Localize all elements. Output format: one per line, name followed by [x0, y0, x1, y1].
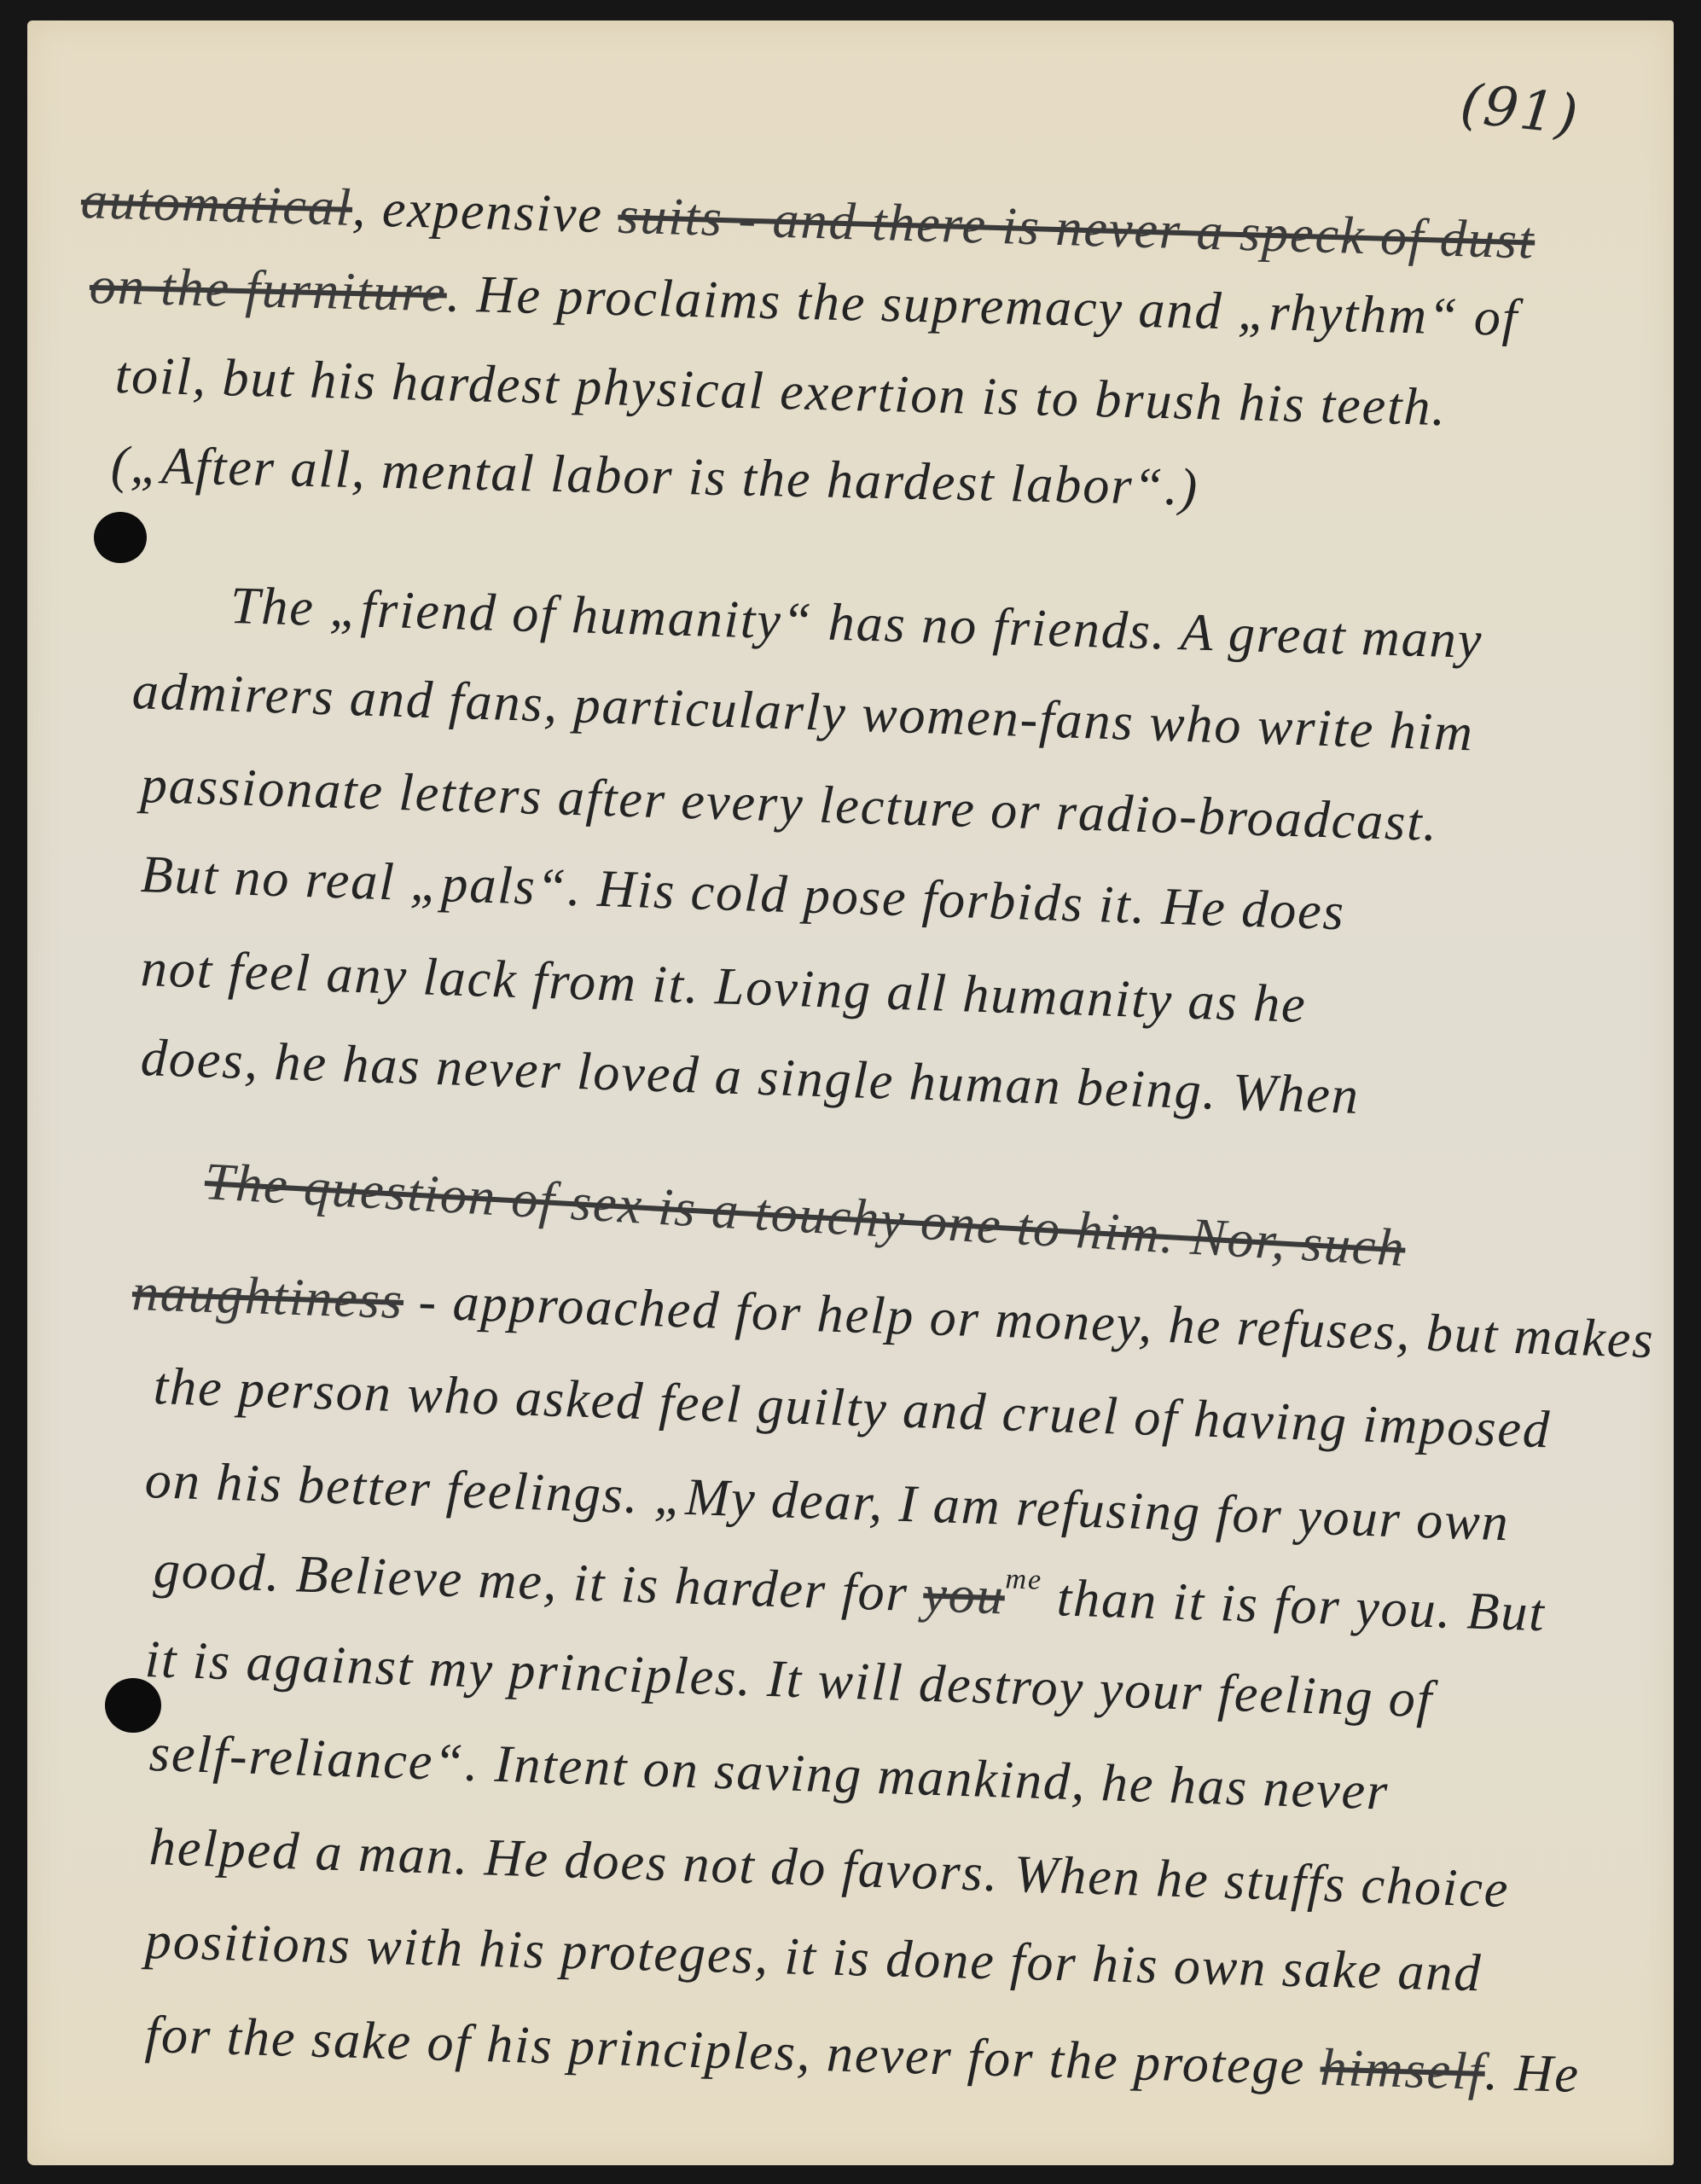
line-text: , expensive [351, 179, 618, 245]
struck-text: you [922, 1565, 1006, 1625]
struck-text: himself [1320, 2038, 1486, 2100]
struck-text: on the furniture [89, 257, 447, 322]
struck-text: naughtiness [131, 1263, 404, 1330]
inserted-correction: me [1005, 1563, 1043, 1595]
page-number: (91) [1458, 73, 1582, 148]
line-text: . He [1484, 2043, 1581, 2104]
struck-text: automatical [80, 171, 353, 237]
punch-hole-top [94, 512, 147, 563]
